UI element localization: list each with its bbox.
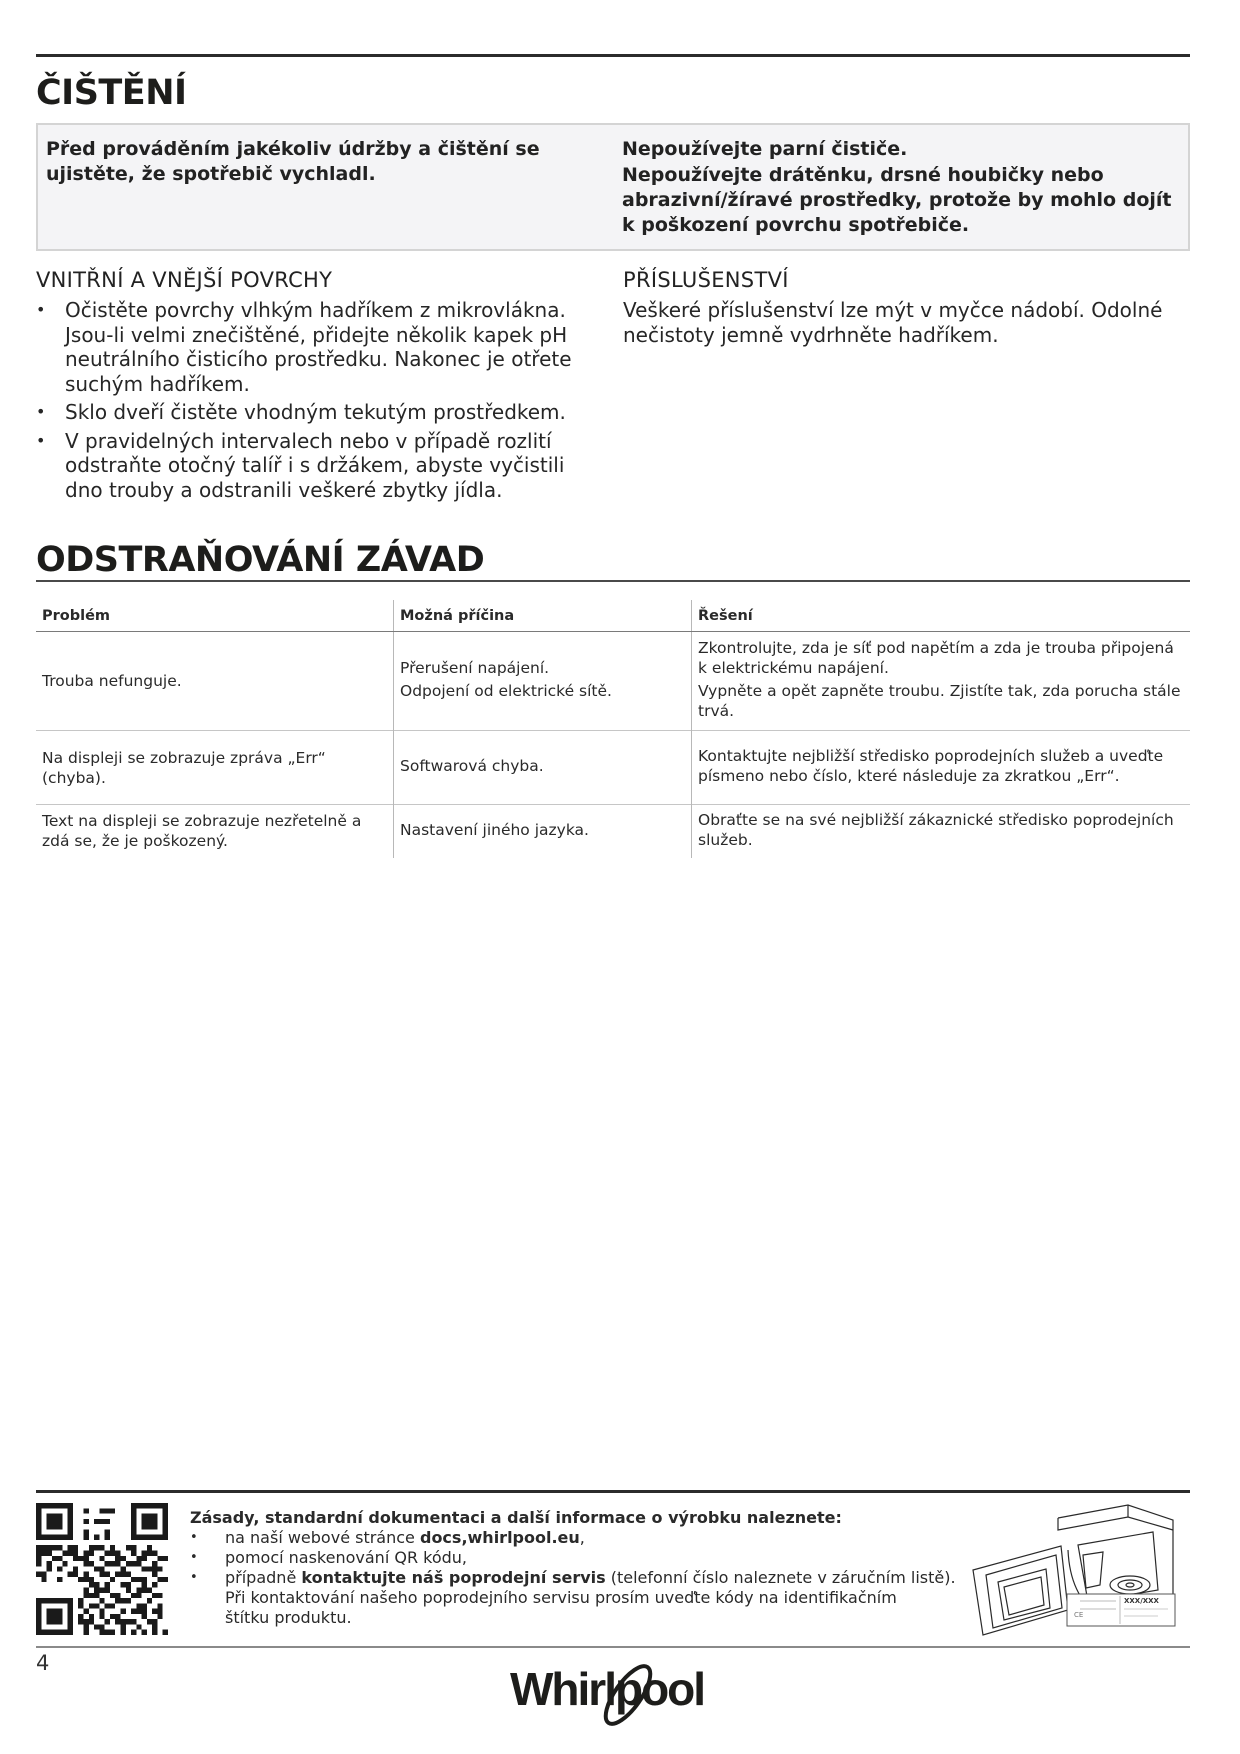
warning-text-abrasive: Nepoužívejte drátěnku, drsné houbičky ne… (622, 163, 1182, 238)
cell-cause: Softwarová chyba. (394, 731, 692, 805)
qr-code-icon[interactable] (36, 1503, 168, 1635)
cell-solution: Zkontrolujte, zda je síť pod napětím a z… (692, 632, 1191, 731)
cell-cause: Přerušení napájení. Odpojení od elektric… (394, 632, 692, 731)
table-row: Trouba nefunguje. Přerušení napájení. Od… (36, 632, 1190, 731)
cell-solution: Obraťte se na své nejbližší zákaznické s… (692, 805, 1191, 858)
troubleshooting-table: Problém Možná příčina Řešení Trouba nefu… (36, 600, 1190, 858)
list-item: •případně kontaktujte náš poprodejní ser… (190, 1568, 956, 1588)
footer-title: Zásady, standardní dokumentaci a další i… (190, 1508, 956, 1528)
cell-problem: Text na displeji se zobrazuje nezřetelně… (36, 805, 394, 858)
cell-problem: Trouba nefunguje. (36, 632, 394, 731)
page-number: 4 (36, 1651, 49, 1675)
cell-cause: Nastavení jiného jazyka. (394, 805, 692, 858)
brand-name: Whirlpool (510, 1662, 704, 1716)
column-header-solution: Řešení (692, 600, 1191, 632)
list-item: •Očistěte povrchy vlhkým hadříkem z mikr… (36, 298, 596, 396)
svg-text:CE: CE (1074, 1611, 1083, 1619)
list-item: •Sklo dveří čistěte vhodným tekutým pros… (36, 400, 596, 425)
surfaces-heading: VNITŘNÍ A VNĚJŠÍ POVRCHY (36, 268, 332, 292)
top-rule (36, 54, 1190, 57)
surfaces-list: •Očistěte povrchy vlhkým hadříkem z mikr… (36, 298, 596, 506)
whirlpool-logo: Whirlpool (510, 1648, 720, 1738)
warning-right: Nepoužívejte parní čističe. Nepoužívejte… (622, 137, 1182, 239)
table-header-row: Problém Možná příčina Řešení (36, 600, 1190, 632)
cell-problem: Na displeji se zobrazuje zpráva „Err“ (c… (36, 731, 394, 805)
microwave-rating-label-illustration: CE XXX/XXX (968, 1490, 1178, 1640)
bullet-icon: • (36, 298, 45, 323)
list-item: •na naší webové stránce docs,whirlpool.e… (190, 1528, 956, 1548)
bullet-icon: • (190, 1548, 198, 1568)
troubleshooting-title: ODSTRAŇOVÁNÍ ZÁVAD (36, 540, 484, 580)
bullet-icon: • (36, 429, 45, 454)
footer-service-note: Při kontaktování našeho poprodejního ser… (190, 1588, 945, 1628)
website-link[interactable]: docs,whirlpool.eu (420, 1528, 580, 1547)
list-item: •V pravidelných intervalech nebo v přípa… (36, 429, 596, 503)
bullet-icon: • (190, 1528, 198, 1548)
cleaning-warning-box: Před prováděním jakékoliv údržby a čiště… (36, 123, 1190, 251)
warning-text-steam: Nepoužívejte parní čističe. (622, 137, 1182, 162)
cell-solution: Kontaktujte nejbližší středisko poprodej… (692, 731, 1191, 805)
accessories-heading: PŘÍSLUŠENSTVÍ (623, 268, 789, 292)
footer-list: •na naší webové stránce docs,whirlpool.e… (190, 1528, 956, 1588)
cleaning-title: ČIŠTĚNÍ (36, 73, 187, 113)
list-item: •pomocí naskenování QR kódu, (190, 1548, 956, 1568)
warning-text-cool-down: Před prováděním jakékoliv údržby a čiště… (46, 137, 566, 187)
accessories-text: Veškeré příslušenství lze mýt v myčce ná… (623, 298, 1183, 347)
footer-info: Zásady, standardní dokumentaci a další i… (190, 1508, 956, 1628)
table-row: Na displeji se zobrazuje zpráva „Err“ (c… (36, 731, 1190, 805)
svg-text:XXX/XXX: XXX/XXX (1124, 1597, 1160, 1605)
column-header-cause: Možná příčina (394, 600, 692, 632)
bullet-icon: • (190, 1568, 198, 1588)
bullet-icon: • (36, 400, 45, 425)
warning-left: Před prováděním jakékoliv údržby a čiště… (46, 137, 566, 188)
troubleshooting-rule (36, 580, 1190, 582)
column-header-problem: Problém (36, 600, 394, 632)
table-row: Text na displeji se zobrazuje nezřetelně… (36, 805, 1190, 858)
